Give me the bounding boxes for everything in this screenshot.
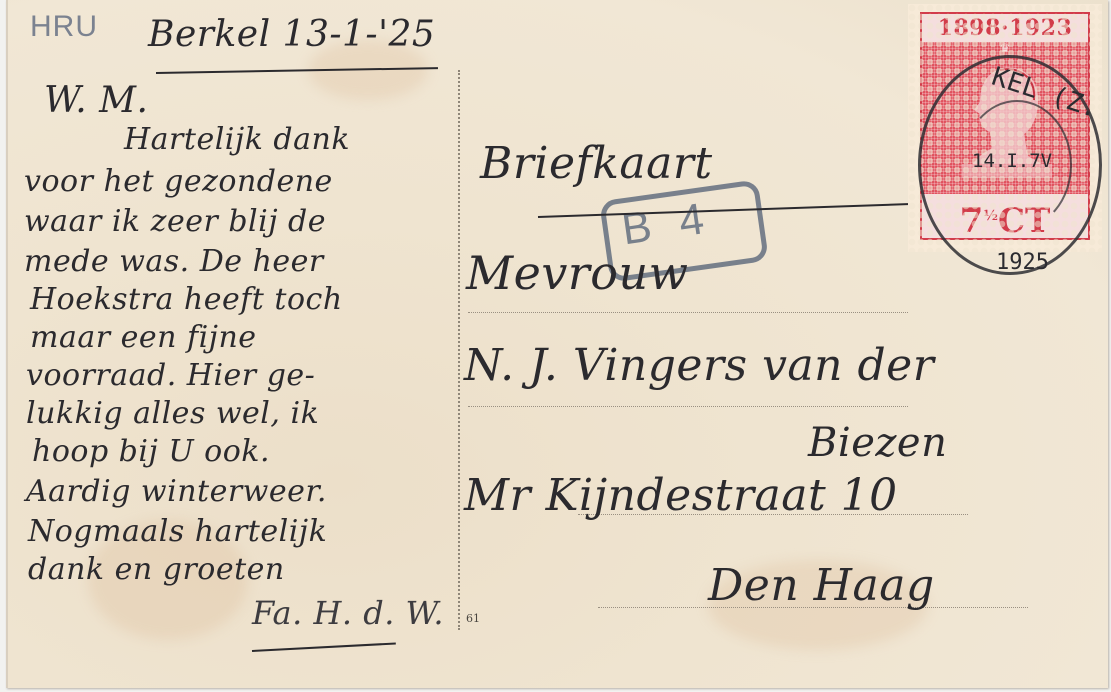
stamp-years: 1898·1923 [922, 14, 1088, 42]
center-divider [458, 70, 460, 630]
address-line: N. J. Vingers van der [464, 340, 934, 391]
printer-mark: 61 [466, 612, 480, 625]
message-line: Nogmaals hartelijk [28, 514, 327, 549]
message-line: voorraad. Hier ge- [26, 358, 315, 393]
message-line: Hartelijk dank [124, 122, 350, 157]
signature-underline [252, 642, 396, 652]
postcard-header: Briefkaart [480, 138, 713, 189]
message-line: dank en groeten [28, 552, 285, 587]
crown-icon: ♛ [1000, 41, 1011, 56]
message-line: waar ik zeer blij de [24, 204, 326, 239]
message-line: mede was. De heer [24, 244, 324, 279]
message-line: Aardig winterweer. [26, 474, 327, 509]
place-date: Berkel 13-1-'25 [148, 14, 435, 55]
address-line: Biezen [808, 420, 947, 466]
postmark-date: 14.I.7V [972, 150, 1052, 172]
address-line: Mr Kijndestraat 10 [464, 470, 898, 521]
message-line: voor het gezondene [24, 164, 333, 199]
salutation: W. M. [44, 80, 148, 121]
message-line: hoop bij U ook. [32, 434, 270, 469]
message-line: Hoekstra heeft toch [30, 282, 343, 317]
address-line: Den Haag [708, 560, 935, 611]
address-line-guide [468, 406, 908, 407]
message-line: lukkig alles wel, ik [26, 396, 319, 431]
signature: Fa. H. d. W. [252, 594, 444, 632]
pencil-note: HRU [30, 10, 98, 44]
postmark-year: 1925 [996, 250, 1049, 275]
address-line: Mevrouw [466, 246, 689, 300]
message-line: maar een fijne [30, 320, 257, 355]
address-line-guide [468, 312, 908, 313]
